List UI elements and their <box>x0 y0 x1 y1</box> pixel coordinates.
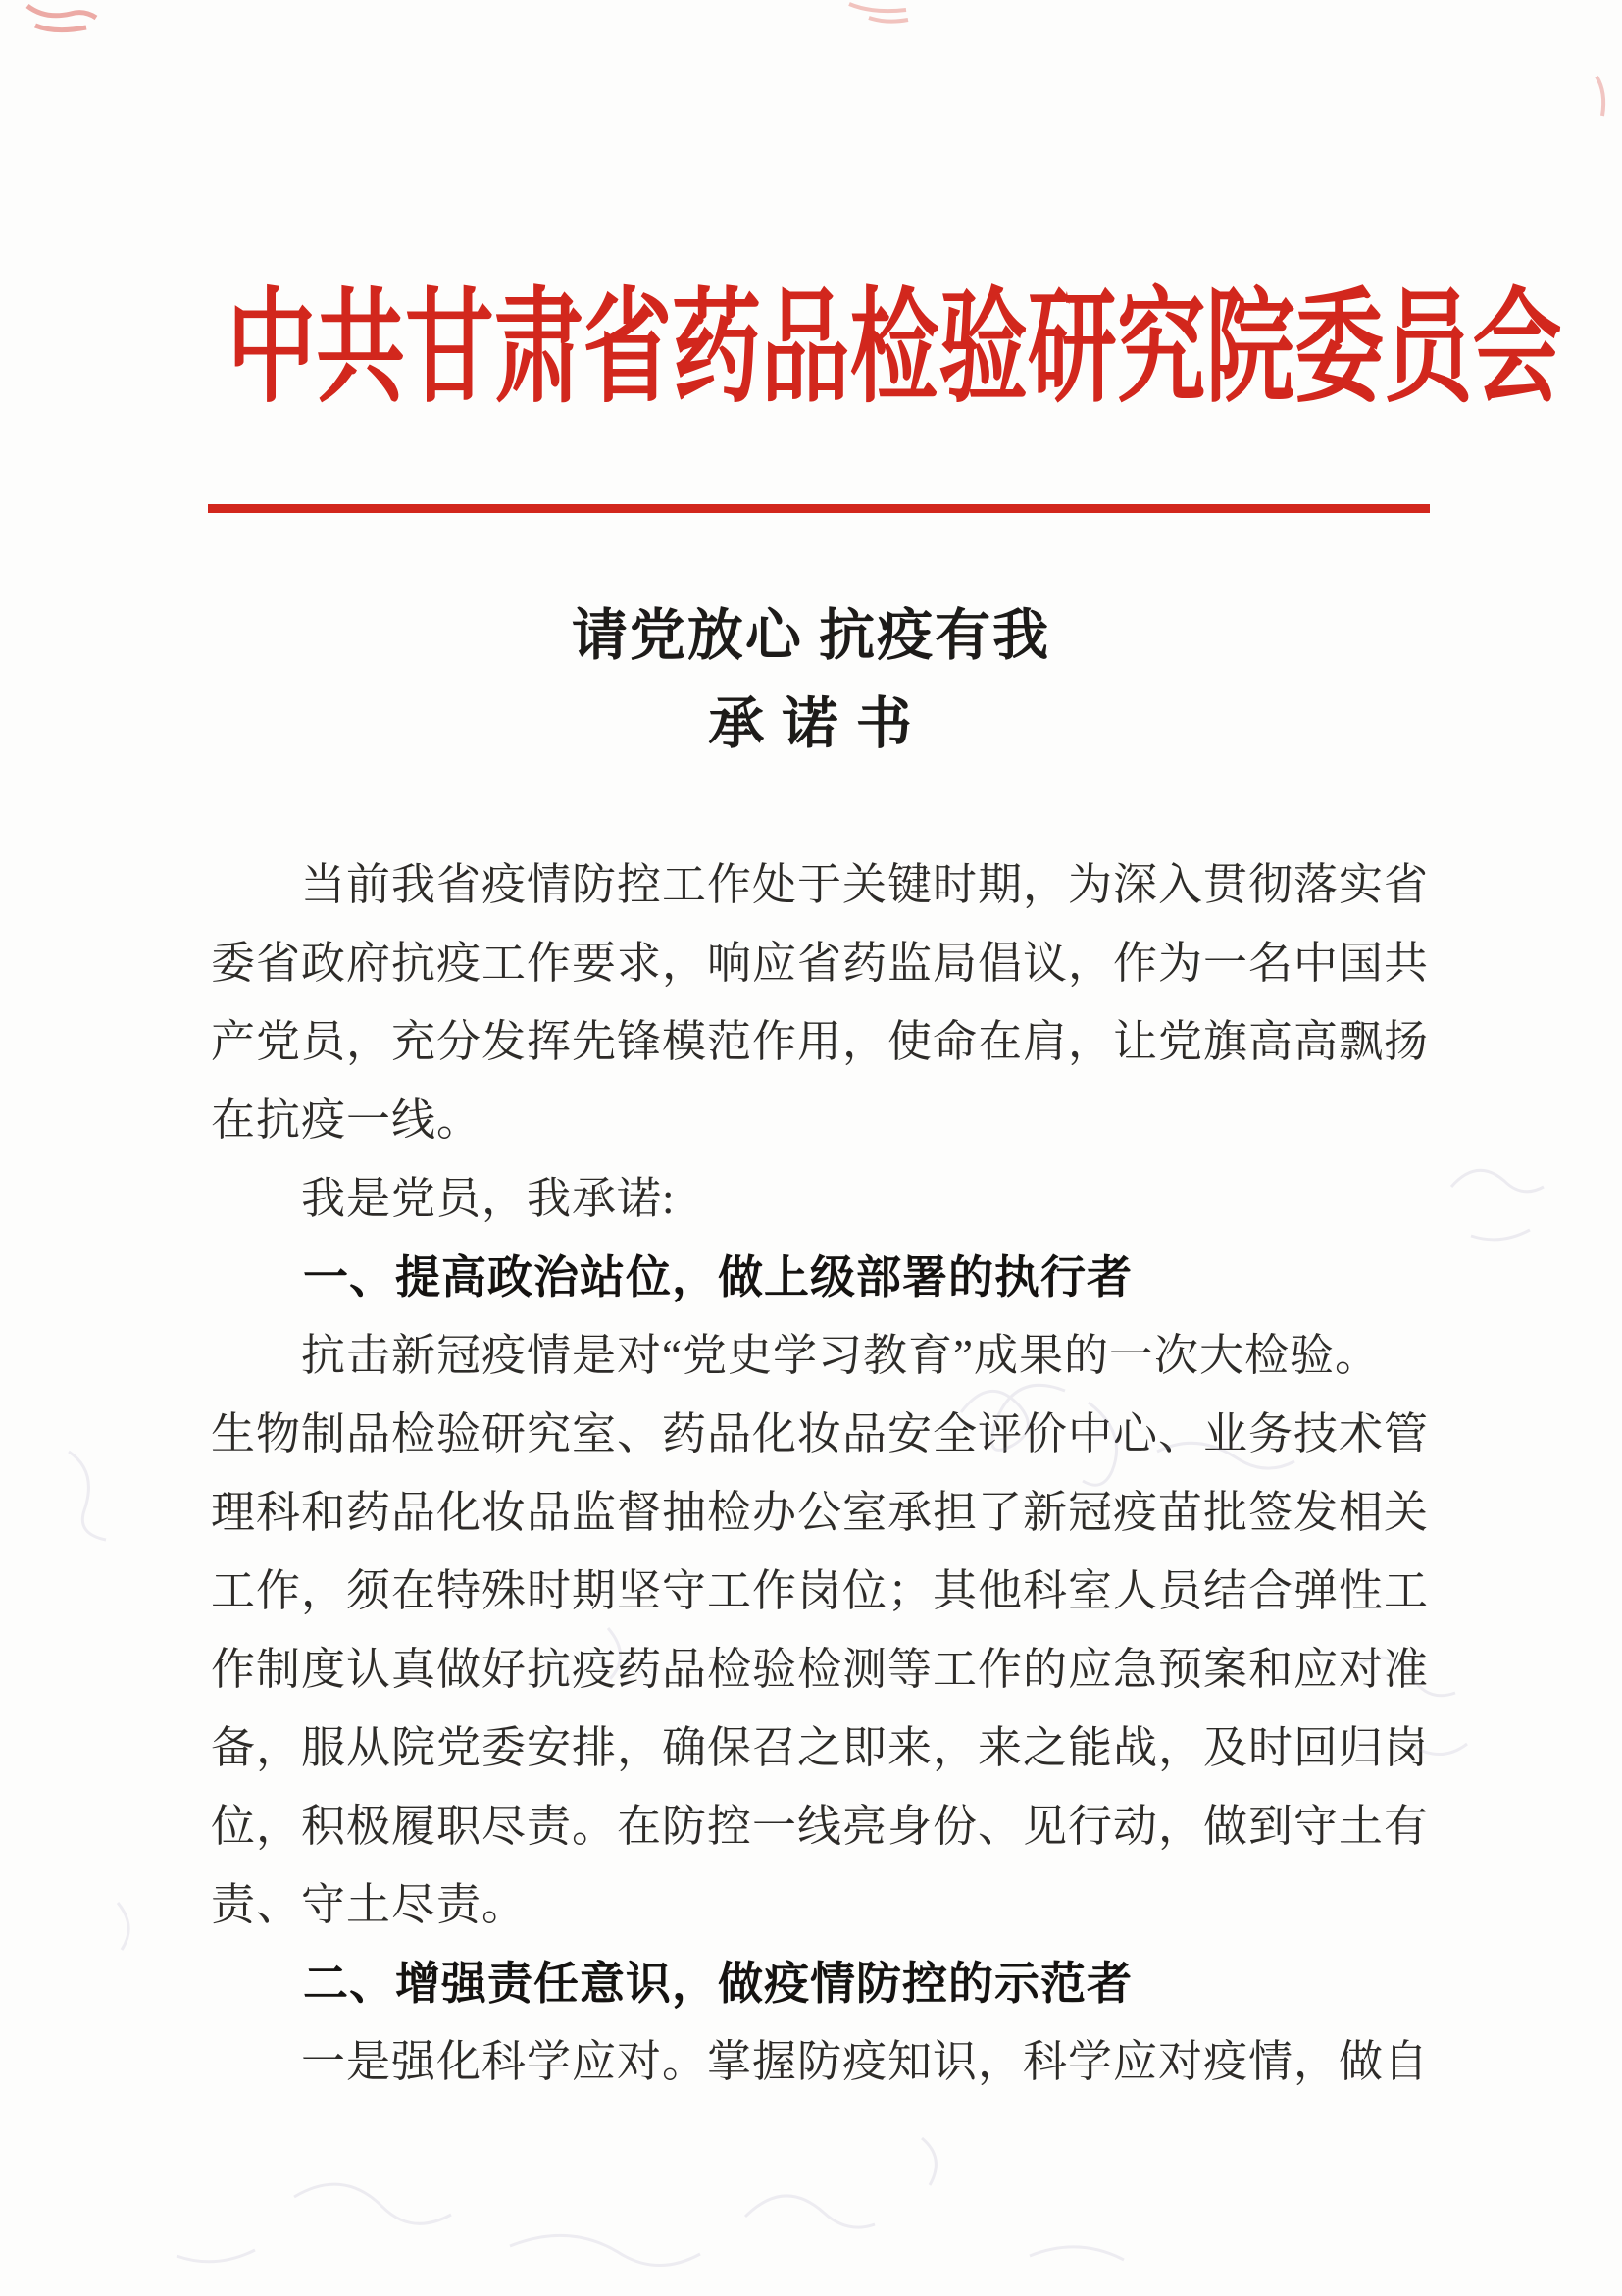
text-line: 作制度认真做好抗疫药品检验检测等工作的应急预案和应对准 <box>211 1630 1432 1709</box>
document-title: 请党放心 抗疫有我 <box>0 602 1622 671</box>
document-body-text: 当前我省疫情防控工作处于关键时期，为深入贯彻落实省委省政府抗疫工作要求，响应省药… <box>211 845 1432 2101</box>
text-line: 一是强化科学应对。掌握防疫知识，科学应对疫情，做自 <box>211 2022 1432 2101</box>
text-line: 抗击新冠疫情是对“党史学习教育”成果的一次大检验。 <box>211 1316 1432 1395</box>
text-line: 工作，须在特殊时期坚守工作岗位；其他科室人员结合弹性工 <box>211 1552 1432 1630</box>
text-line: 备，服从院党委安排，确保召之即来，来之能战，及时回归岗 <box>211 1709 1432 1787</box>
scanned-document-page: 中共甘肃省药品检验研究院委员会 请党放心 抗疫有我 承 诺 书 当前我省疫情防控… <box>0 0 1622 2296</box>
text-line: 一、提高政治站位，做上级部署的执行者 <box>211 1238 1432 1316</box>
text-line: 理科和药品化妆品监督抽检办公室承担了新冠疫苗批签发相关 <box>211 1473 1432 1552</box>
text-line: 产党员，充分发挥先锋模范作用，使命在肩，让党旗高高飘扬 <box>211 1002 1432 1081</box>
text-line: 责、守土尽责。 <box>211 1865 1432 1944</box>
text-line: 位，积极履职尽责。在防控一线亮身份、见行动，做到守土有 <box>211 1787 1432 1865</box>
section-heading: 一、提高政治站位，做上级部署的执行者 <box>211 1238 1432 1316</box>
letterhead-divider-rule <box>208 504 1430 513</box>
document-subtitle: 承 诺 书 <box>0 690 1622 759</box>
red-ink-smudge-top-right <box>849 4 908 22</box>
body-paragraph: 抗击新冠疫情是对“党史学习教育”成果的一次大检验。生物制品检验研究室、药品化妆品… <box>211 1316 1432 1944</box>
text-line: 我是党员，我承诺: <box>211 1159 1432 1238</box>
text-line: 二、增强责任意识，做疫情防控的示范者 <box>211 1944 1432 2022</box>
body-paragraph: 当前我省疫情防控工作处于关键时期，为深入贯彻落实省委省政府抗疫工作要求，响应省药… <box>211 845 1432 1238</box>
text-line: 生物制品检验研究室、药品化妆品安全评价中心、业务技术管 <box>211 1395 1432 1473</box>
text-line: 委省政府抗疫工作要求，响应省药监局倡议，作为一名中国共 <box>211 924 1432 1002</box>
text-line: 在抗疫一线。 <box>211 1081 1432 1159</box>
letterhead-org-name: 中共甘肃省药品检验研究院委员会 <box>228 286 1395 414</box>
text-line: 当前我省疫情防控工作处于关键时期，为深入贯彻落实省 <box>211 845 1432 924</box>
red-ink-smudge-right-edge <box>1597 77 1603 116</box>
body-paragraph: 一是强化科学应对。掌握防疫知识，科学应对疫情，做自 <box>211 2022 1432 2101</box>
red-ink-smudge-top-left <box>27 6 96 30</box>
section-heading: 二、增强责任意识，做疫情防控的示范者 <box>211 1944 1432 2022</box>
